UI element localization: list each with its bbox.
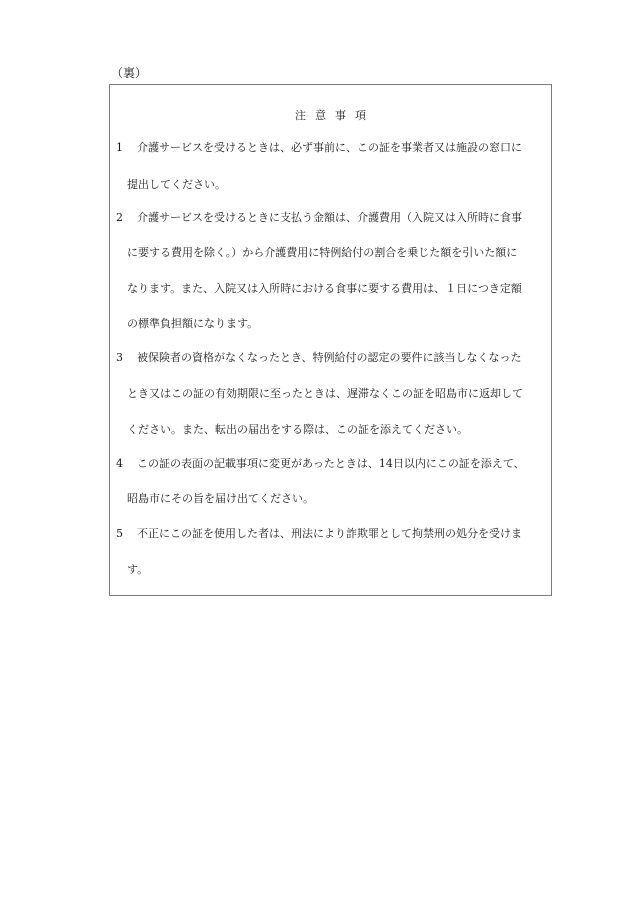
item-text: 介護サービスを受けるときは、必ず事前に、この証を事業者又は施設の窓口に: [137, 141, 522, 154]
notice-item-3-continued: とき又はこの証の有効期限に至ったときは、遅滞なくこの証を昭島市に返却して: [127, 387, 523, 401]
item-number: 1: [116, 141, 137, 155]
item-number: 4: [116, 457, 137, 471]
notice-item-2: 2介護サービスを受けるときに支払う金額は、介護費用（入院又は入所時に食事: [116, 211, 522, 225]
item-text: この証の表面の記載事項に変更があったときは、14日以内にこの証を添えて、: [137, 457, 525, 470]
notice-item-2-continued: の標準負担額になります。: [127, 317, 258, 331]
notice-box: 注意事項 1介護サービスを受けるときは、必ず事前に、この証を事業者又は施設の窓口…: [109, 84, 552, 596]
back-side-label: （裏）: [111, 66, 147, 80]
notice-item-2-continued: に要する費用を除く。）から介護費用に特例給付の割合を乗じた額を引いた額に: [127, 246, 517, 260]
item-text: 被保険者の資格がなくなったとき、特例給付の認定の要件に該当しなくなった: [137, 351, 522, 364]
notice-item-4: 4この証の表面の記載事項に変更があったときは、14日以内にこの証を添えて、: [116, 457, 525, 471]
item-number: 5: [116, 527, 137, 541]
notice-item-5: 5不正にこの証を使用した者は、刑法により詐欺罪として拘禁刑の処分を受けま: [116, 527, 522, 541]
item-text: 介護サービスを受けるときに支払う金額は、介護費用（入院又は入所時に食事: [137, 211, 522, 224]
notice-item-3-continued: ください。また、転出の届出をする際は、この証を添えてください。: [127, 423, 468, 437]
notice-title: 注意事項: [110, 107, 551, 123]
notice-item-1-continued: 提出してください。: [127, 178, 226, 192]
notice-item-5-continued: す。: [127, 563, 148, 577]
notice-item-1: 1介護サービスを受けるときは、必ず事前に、この証を事業者又は施設の窓口に: [116, 141, 522, 155]
item-number: 3: [116, 351, 137, 365]
notice-item-3: 3被保険者の資格がなくなったとき、特例給付の認定の要件に該当しなくなった: [116, 351, 522, 365]
notice-item-4-continued: 昭島市にその旨を届け出てください。: [127, 492, 314, 506]
item-number: 2: [116, 211, 137, 225]
item-text: 不正にこの証を使用した者は、刑法により詐欺罪として拘禁刑の処分を受けま: [137, 527, 522, 540]
notice-item-2-continued: なります。また、入院又は入所時における食事に要する費用は、１日につき定額: [127, 282, 522, 296]
